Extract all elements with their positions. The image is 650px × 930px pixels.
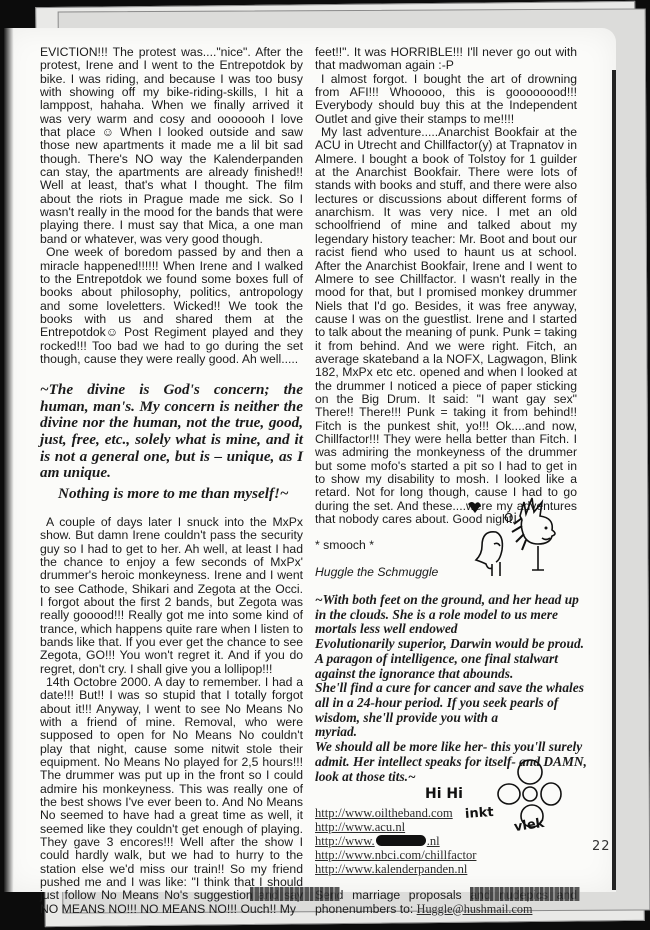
- link-oiltheband[interactable]: http://www.oiltheband.com: [315, 806, 453, 820]
- poem-line: mortals less well endowed: [315, 622, 577, 637]
- poem-line: Evolutionarily superior, Darwin would be…: [315, 637, 577, 652]
- handwritten-inkt: inkt: [465, 805, 495, 822]
- poem-line: A paragon of intelligence, one final sta…: [315, 652, 577, 667]
- left-column: EVICTION!!! The protest was...."nice". A…: [40, 46, 303, 916]
- poem-line: in the clouds. She is a role model to us…: [315, 608, 577, 623]
- poem-line: wisdom, she'll provide you with a: [315, 711, 577, 726]
- link-acu[interactable]: http://www.acu.nl: [315, 820, 405, 834]
- poem-line: against the ignorance that abounds.: [315, 667, 577, 682]
- poem: ~With both feet on the ground, and her h…: [315, 593, 577, 784]
- stirner-quote: ~The divine is God's concern; the human,…: [40, 382, 303, 482]
- link-redacted[interactable]: http://www..nl: [315, 834, 440, 848]
- scan-noise: [470, 887, 580, 901]
- poem-line: ~With both feet on the ground, and her h…: [315, 593, 577, 608]
- paragraph: feet!!". It was HORRIBLE!!! I'll never g…: [315, 46, 577, 73]
- paragraph: My last adventure.....Anarchist Bookfair…: [315, 126, 577, 526]
- paragraph: 14th Octobre 2000. A day to remember. I …: [40, 676, 303, 916]
- contact-email-link[interactable]: Huggle@hushmail.com: [417, 902, 533, 916]
- zine-page: EVICTION!!! The protest was...."nice". A…: [4, 28, 616, 892]
- poem-line: all in a 24-hour period. If you seek pea…: [315, 696, 577, 711]
- ink-blot-redaction: [376, 835, 426, 846]
- handwritten-hihi: Hi Hi: [425, 786, 463, 802]
- poem-line: She'll find a cure for cancer and save t…: [315, 681, 577, 696]
- link-prefix: http://www.: [315, 834, 375, 848]
- paragraph: A couple of days later I snuck into the …: [40, 516, 303, 676]
- poem-line: myriad.: [315, 725, 577, 740]
- stirner-quote-end: Nothing is more to me than myself!~: [58, 485, 303, 503]
- page-number: 22: [592, 839, 611, 854]
- scan-noise: [250, 887, 340, 901]
- paragraph: EVICTION!!! The protest was...."nice". A…: [40, 46, 303, 246]
- link-suffix: .nl: [427, 834, 440, 848]
- handwritten-oi: Oi: [504, 511, 517, 525]
- link-kalenderpanden[interactable]: http://www.kalenderpanden.nl: [315, 862, 467, 876]
- page-edge-shadow: [612, 70, 616, 890]
- poem-line: We should all be more like her- this you…: [315, 740, 577, 755]
- doodle-heads-icon: [458, 496, 568, 578]
- paragraph: One week of boredom passed by and then a…: [40, 246, 303, 366]
- link-chillfactor[interactable]: http://www.nbci.com/chillfactor: [315, 848, 476, 862]
- paragraph: I almost forgot. I bought the art of dro…: [315, 73, 577, 126]
